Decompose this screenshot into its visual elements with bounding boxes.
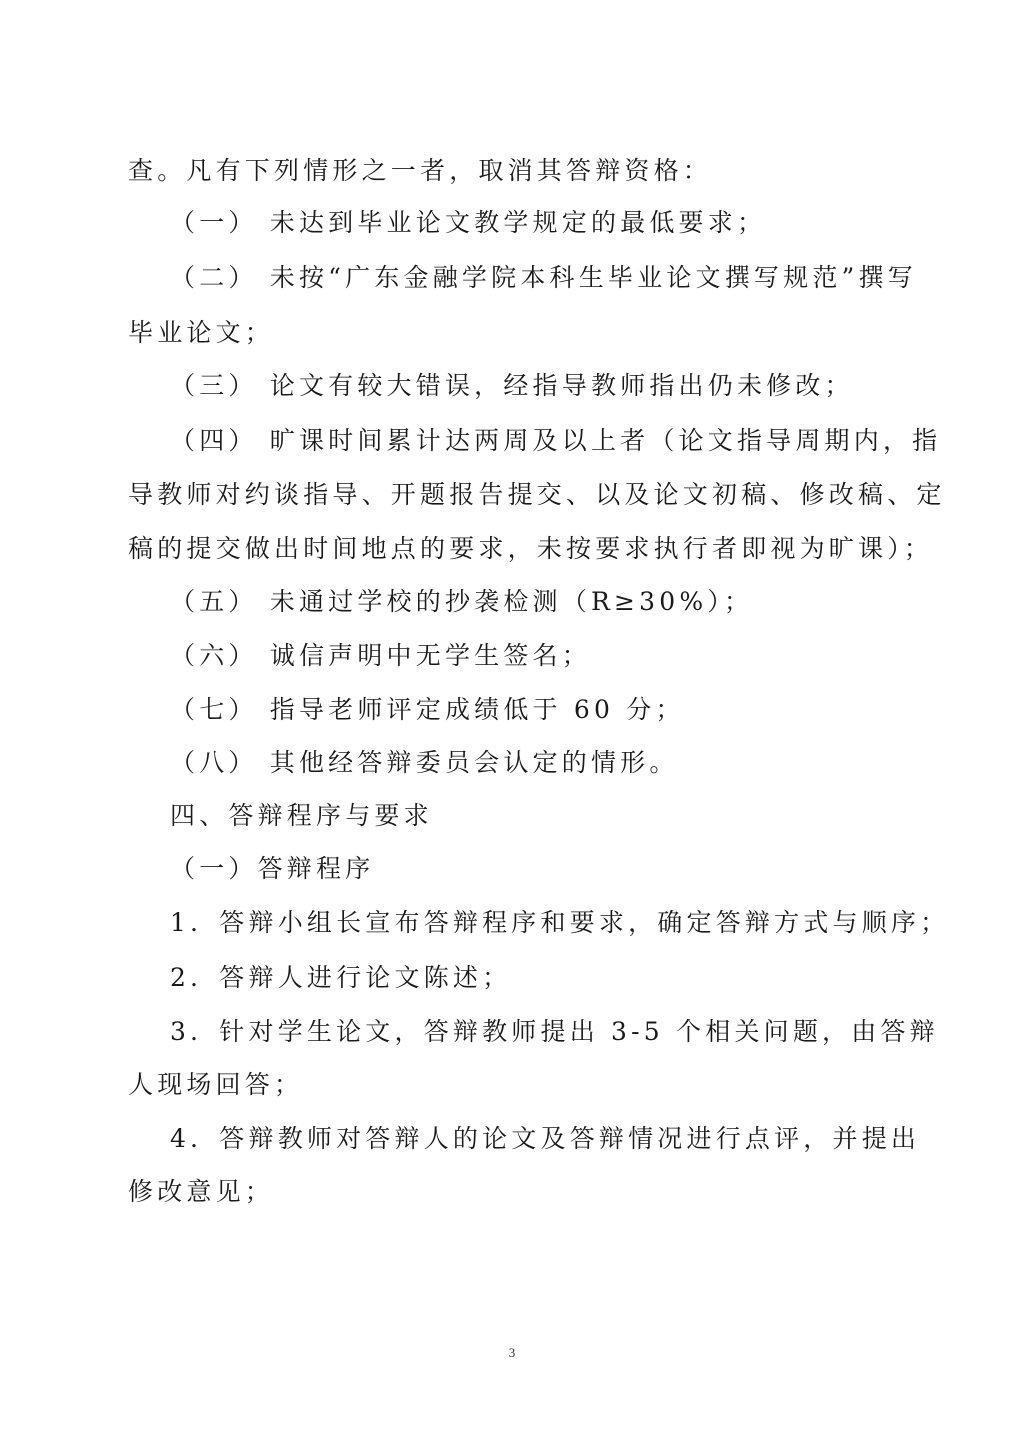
step-2: 2．答辩人进行论文陈述；	[170, 962, 511, 994]
step-1: 1．答辩小组长宣布答辩程序和要求，确定答辩方式与顺序；	[170, 907, 949, 939]
list-item-3: （三） 论文有较大错误，经指导教师指出仍未修改；	[170, 370, 854, 402]
step-4: 4．答辩教师对答辩人的论文及答辩情况进行点评，并提出	[170, 1123, 920, 1155]
step-4-cont: 修改意见；	[128, 1176, 274, 1208]
step-3-cont: 人现场回答；	[128, 1069, 303, 1101]
list-item-1: （一） 未达到毕业论文教学规定的最低要求；	[170, 207, 766, 239]
step-3: 3．针对学生论文，答辩教师提出 3-5 个相关问题，由答辩	[170, 1016, 939, 1048]
list-item-2-cont: 毕业论文；	[128, 317, 274, 349]
list-item-7: （七） 指导老师评定成绩低于 60 分；	[170, 694, 685, 726]
section-heading: 四、答辩程序与要求	[170, 800, 433, 832]
list-item-4-cont: 导教师对约谈指导、开题报告提交、以及论文初稿、修改稿、定	[128, 479, 946, 511]
list-item-4: （四） 旷课时间累计达两周及以上者（论文指导周期内，指	[170, 425, 941, 457]
page-number: 3	[0, 1345, 1024, 1361]
list-item-2: （二） 未按“广东金融学院本科生毕业论文撰写规范”撰写	[170, 262, 917, 294]
paragraph-line: 查。凡有下列情形之一者，取消其答辩资格：	[128, 155, 712, 187]
list-item-5: （五） 未通过学校的抄袭检测（R≥30%）；	[170, 586, 753, 618]
subsection-heading: （一）答辩程序	[170, 853, 374, 885]
list-item-6: （六） 诚信声明中无学生签名；	[170, 640, 591, 672]
list-item-4-cont2: 稿的提交做出时间地点的要求，未按要求执行者即视为旷课）；	[128, 533, 933, 565]
list-item-8: （八） 其他经答辩委员会认定的情形。	[170, 747, 679, 779]
